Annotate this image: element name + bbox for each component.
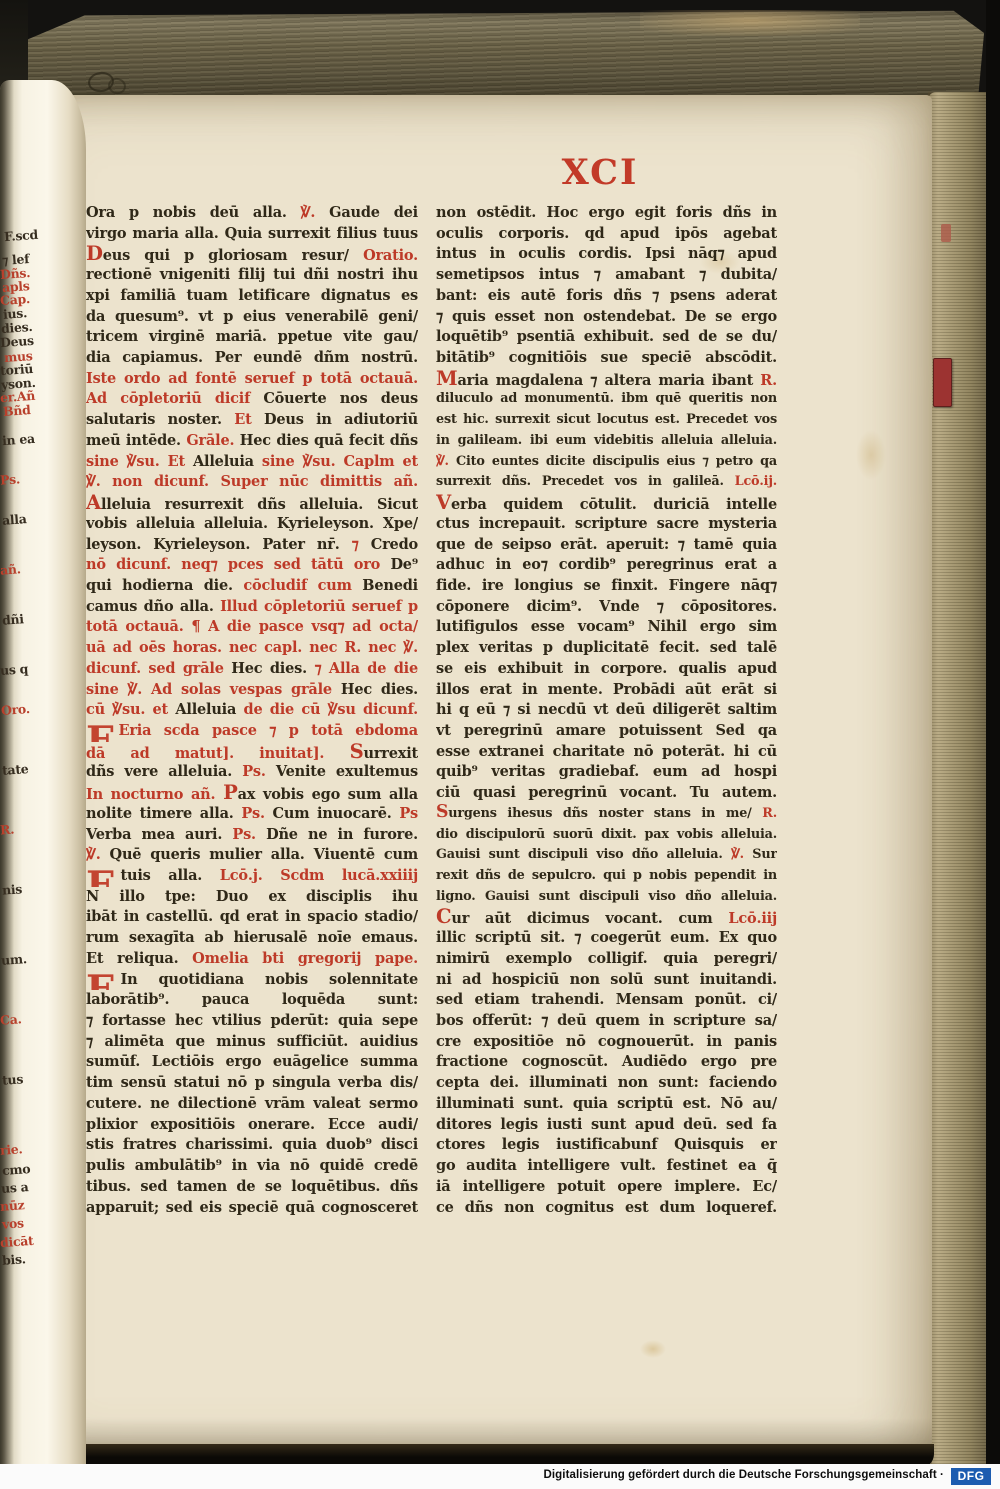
body-text: meū intēde. [86,432,186,449]
body-text: ni ad hospiciū non solū sunt inuitandi. [436,971,777,988]
facing-page-text-fragment: cmo [2,1161,31,1178]
rubric-text: cōcludif cum [243,577,362,594]
rubricated-initial: M [436,369,457,390]
body-text: qui hodierna die. [86,577,243,594]
facing-page-text-fragment: F.scd [4,227,39,244]
fore-edge-tab [933,358,952,407]
text-line: bos offerūt: ⁊ deū quem in scripture sa/ [436,1011,777,1032]
body-text: ce dñs non cognitus est dum loqueref. [436,1199,777,1216]
body-text: ligno. Gauisi sunt discipuli viso dño al… [436,889,777,904]
body-text: rectionē vnigeniti filij tui dñi nostri … [86,266,418,283]
facing-page-text-fragment: Oro. [1,701,31,718]
facing-page-text-fragment: us q [0,661,29,678]
digitisation-credit-text: Digitalisierung gefördert durch die Deut… [543,1469,944,1481]
facing-page-text-fragment: alla [2,511,27,528]
text-line: illic scriptū sit. ⁊ coegerūt eum. Ex qu… [436,928,777,949]
body-text: ⁊ fortasse hec vtilius pderūt: quia sepe [86,1012,418,1029]
text-line: vt peregrinū amare potuissent Sed qa [436,721,777,742]
body-text: Ora p nobis deū alla. [86,204,301,221]
text-line: quib⁹ veritas gradiebaf. eum ad hospi [436,762,777,783]
rubric-text: ⁊ [352,536,371,553]
facing-page-text-fragment: rie. [0,1141,23,1158]
text-line: plixior expositiōis onerare. Ecce audi/ [86,1115,418,1136]
body-text: surrexit dñs. Precedet vos in galileā. [436,474,735,489]
body-text: illic scriptū sit. ⁊ coegerūt eum. Ex qu… [436,929,777,946]
body-text: erba quidem cōtulit. duriciā intelle [451,496,777,513]
body-text: vt peregrinū amare potuissent Sed qa [436,722,777,739]
text-line: adhuc in eo⁊ cordib⁹ peregrinus erat a [436,555,777,576]
rubric-text: Lcō.j. Scdm lucā.xxiiij [220,867,418,884]
text-line: bitātib⁹ cognitiōis sue speciē abscōdit. [436,348,777,369]
rubric-text: sine ℣su. Et [86,453,193,470]
body-text: go audita intelligere vult. festinet ea … [436,1157,777,1174]
text-line: Et reliqua. Omelia bti gregorij pape. [86,949,418,970]
rubric-text: nō dicunf. neq⁊ pces sed tātū oro [86,556,390,573]
text-line: pulis ambulātib⁹ in via nō quidē credē [86,1156,418,1177]
rubric-text: Illud cōpletoriū seruef p [220,598,418,615]
rubric-text: In nocturno añ. [86,786,223,803]
facing-page-text-fragment: bis. [2,1251,27,1268]
body-text: nolite timere alla. [86,805,241,822]
body-text: loquētib⁹ psentiā exhibuit. sed de se du… [436,328,777,345]
text-line: Maria magdalena ⁊ altera maria ibant R. [436,369,777,390]
rubricated-initial: S [436,804,448,822]
body-text: tricem virginē mariā. ppetue vite gau/ [86,328,418,345]
body-text: cutere. ne dilectionē vrām valeat sermo [86,1095,418,1112]
text-line: cre expositiōe nō cognouerūt. in panis [436,1032,777,1053]
text-line: in galileam. ibi eum videbitis alleluia … [436,431,777,452]
body-text: Deus in adiutoriū [264,411,418,428]
text-line: uā ad oēs horas. nec capl. nec R. nec ℣. [86,638,418,659]
text-line: iā intelligere potuit opere implere. Ec/ [436,1177,777,1198]
rubric-text: Grāle. [186,432,239,449]
text-line: ibāt in castellū. qd erat in spacio stad… [86,907,418,928]
drop-cap-initial: F [86,722,114,742]
rubric-text: totā octauā. ¶ A die pasce vsq⁊ ad octa/ [86,618,418,635]
body-text: bos offerūt: ⁊ deū quem in scripture sa/ [436,1012,777,1029]
facing-page-text-fragment: um. [1,951,28,968]
text-line: meū intēde. Grāle. Hec dies quā fecit dñ… [86,431,418,452]
text-line: ctores legis iustificabunf Quisquis er [436,1135,777,1156]
rubric-text: de die cū ℣su dicunf. [244,701,418,718]
text-line: Gauisi sunt discipuli viso dño alleluia.… [436,845,777,866]
rubric-text: R. [760,372,777,389]
body-text: ur aūt dicimus vocant. cum [451,910,728,927]
body-text: semetipsos intus ⁊ amabant ⁊ dubita/ [436,266,777,283]
text-line: que de seipso erāt. aperuit: ⁊ tamē quia [436,535,777,556]
text-line: ciū quasi peregrinū vocant. Tu autem. [436,783,777,804]
text-line: surrexit dñs. Precedet vos in galileā. L… [436,472,777,493]
rubric-text: Ad cōpletoriū dicif [86,390,263,407]
text-line: xpi familiā tuam letificare dignatus es [86,286,418,307]
body-text: illuminati sunt. quia scriptū est. Nō au… [436,1095,777,1112]
facing-page-text-fragment: in ea [2,431,36,448]
text-line: dñs vere alleluia. Ps. Venite exultemus [86,762,418,783]
text-line: plex veritas p duplicitatē fecit. sed ta… [436,638,777,659]
text-line: dicunf. sed grāle Hec dies. ⁊ Alla de di… [86,659,418,680]
rubric-text: Ps. [232,826,266,843]
text-line: dio discipulorū suorū dixit. pax vobis a… [436,825,777,846]
facing-page-text-fragment: dicāt [0,1233,34,1250]
text-line: bant: eis autē foris dñs ⁊ psens aderat [436,286,777,307]
body-text: Quē queris mulier alla. Viuentē cum mor/ [86,846,418,866]
body-text: apparuit; sed eis speciē quā cognosceret [86,1199,418,1216]
text-line: Ora p nobis deū alla. ℣. Gaude dei genit… [86,203,418,224]
facing-page-text-fragment: Bñd [3,402,31,419]
body-text: tuis alla. [121,867,220,884]
body-text: De⁹ [390,556,418,573]
body-text: da quesum⁹. vt p eius venerabilē geni/ [86,308,418,325]
text-line: cū ℣su. et Alleluia de die cū ℣su dicunf… [86,700,418,721]
text-line: laborātib⁹. pauca loquēda sunt: [86,990,418,1011]
body-text: dio discipulorū suorū dixit. pax vobis a… [436,827,777,842]
text-line: virgo maria alla. Quia surrexit filius t… [86,224,418,245]
body-text: Benedi [362,577,418,594]
text-line: leyson. Kyrieleyson. Pater nr̄. ⁊ Credo [86,535,418,556]
rubric-text: Lcō.iij [728,910,777,927]
body-text: Sur [752,847,777,862]
body-text: non ostēdit. Hoc ergo egit foris dñs in [436,204,777,221]
text-line: ce dñs non cognitus est dum loqueref. [436,1198,777,1219]
rubric-text: Omelia bti gregorij pape. [192,950,418,967]
body-text: In quotidiana nobis solennitate [121,971,418,988]
body-text: rum sexagīta ab hierusalē noīe emaus. [86,929,418,946]
facing-page-text-fragment: Ca. [0,1011,22,1027]
text-line: stis fratres charissimi. quia duob⁹ disc… [86,1135,418,1156]
text-line: lutifigulos esse vocam⁹ Nihil ergo sim [436,617,777,638]
body-text: cōponere dicim⁹. Vnde ⁊ cōpositores. [436,598,777,615]
facing-page-text-fragment: tate [2,761,29,778]
body-text: dñs vere alleluia. [86,763,242,780]
text-line: nolite timere alla. Ps. Cum inuocarē. Ps [86,804,418,825]
body-text: urgens ihesus dñs noster stans in me/ [448,806,762,821]
body-text: ibāt in castellū. qd erat in spacio stad… [86,908,418,925]
body-text: in galileam. ibi eum videbitis alleluia … [436,433,777,448]
text-line: hi q eū ⁊ si necdū vt deū diligerēt salt… [436,700,777,721]
text-line: vobis alleluia alleluia. Kyrieleyson. Xp… [86,514,418,535]
text-line: dā ad matut]. inuitat]. Surrexit [86,742,418,763]
body-text: diluculo ad monumentū. ibm quē queritis … [436,391,777,406]
text-line: fractione cognoscūt. Audiēdo ergo pre [436,1052,777,1073]
facing-page-text-fragment: vos [2,1215,25,1231]
body-text: camus dño alla. [86,598,220,615]
body-text: se eis exhibuit in corpore. qualis apud [436,660,777,677]
rubric-text: Iste ordo ad fontē seruef p totā octauā. [86,370,418,387]
body-text: lleluia resurrexit dñs alleluia. Sicut d… [86,496,418,514]
rubric-text: Lcō.ij. [735,474,777,489]
rubricated-initial: V [436,493,451,514]
body-text: esse extranei charitate nō poterāt. hi c… [436,743,777,760]
text-line: go audita intelligere vult. festinet ea … [436,1156,777,1177]
body-text: quib⁹ veritas gradiebaf. eum ad hospi [436,763,777,780]
text-column-left: Ora p nobis deū alla. ℣. Gaude dei genit… [86,203,418,1218]
body-text: oculis corporis. qd apud ipōs agebat [436,225,777,242]
body-text: hi q eū ⁊ si necdū vt deū diligerēt salt… [436,701,777,718]
rubric-text: sine ℣su. Caplm et [262,453,418,470]
body-text: xpi familiā tuam letificare dignatus es [86,287,418,304]
body-text: Cōuerte nos deus [263,390,418,407]
body-text: dia capiamus. Per eundē dñm nostrū. [86,349,418,366]
footer-credit-bar: Digitalisierung gefördert durch die Deut… [0,1464,1000,1489]
rubricated-initial: P [223,783,238,804]
text-line: nō dicunf. neq⁊ pces sed tātū oro De⁹ [86,555,418,576]
text-line: ⁊ fortasse hec vtilius pderūt: quia sepe [86,1011,418,1032]
rubric-text: Eria scda pasce ⁊ p totā ebdoma [119,722,419,739]
text-line: Etuis alla. Lcō.j. Scdm lucā.xxiiij [86,866,418,887]
text-line: oculis corporis. qd apud ipōs agebat [436,224,777,245]
body-text: adhuc in eo⁊ cordib⁹ peregrinus erat a [436,556,777,573]
folio-number: XCI [550,152,650,193]
text-line: cepta dei. illuminati non sunt: faciendo [436,1073,777,1094]
body-text: fractione cognoscūt. Audiēdo ergo pre [436,1053,777,1070]
rubric-text: ℣. [86,846,110,863]
text-line: esse extranei charitate nō poterāt. hi c… [436,742,777,763]
body-text: laborātib⁹. pauca loquēda sunt: [86,991,418,1008]
text-line: totā octauā. ¶ A die pasce vsq⁊ ad octa/ [86,617,418,638]
body-text: cre expositiōe nō cognouerūt. in panis [436,1033,777,1050]
body-text: N illo tpe: Duo ex disciplis ihu [86,888,418,905]
text-line: rectionē vnigeniti filij tui dñi nostri … [86,265,418,286]
text-line: fide. ire longius se finxit. Fingere nāq… [436,576,777,597]
text-line: rum sexagīta ab hierusalē noīe emaus. [86,928,418,949]
body-text: aria magdalena ⁊ altera maria ibant [457,372,760,389]
body-text: iā intelligere potuit opere implere. Ec/ [436,1178,777,1195]
text-line: Iste ordo ad fontē seruef p totā octauā. [86,369,418,390]
rubric-text: uā ad oēs horas. nec capl. nec R. nec ℣. [86,639,418,656]
text-line: nimirū exemplo colligif. quia peregri/ [436,949,777,970]
facing-page-text-fragment: tus [2,1071,24,1087]
rubricated-initial: A [86,493,101,514]
body-text: Credo [371,536,418,553]
facing-page-text-fragment: R. [0,822,15,838]
text-line: ℣. non dicunf. Super nūc dimittis añ. [86,472,418,493]
text-line: ℣. Quē queris mulier alla. Viuentē cum m… [86,845,418,866]
facing-page-text-fragment: nis [2,881,23,897]
text-line: ⁊ quis esset non ostendebat. De se ergo [436,307,777,328]
body-text: fide. ire longius se finxit. Fingere nāq… [436,577,777,594]
body-text: Alleluia [175,701,243,718]
text-line: Alleluia resurrexit dñs alleluia. Sicut … [86,493,418,514]
text-line: tim sensū statui nō p singula verba dis/ [86,1073,418,1094]
scanned-book-page: XCI Ora p nobis deū alla. ℣. Gaude dei g… [0,0,1000,1489]
rubric-text: ℣. [731,847,752,862]
body-text: cepta dei. illuminati non sunt: faciendo [436,1074,777,1091]
rubric-text: cū ℣su. et [86,701,175,718]
body-text: Alleluia [193,453,262,470]
body-text: urrexit [364,745,419,762]
body-text: Verba mea auri. [86,826,232,843]
text-line: Deus qui p gloriosam resur/ Oratio. [86,244,418,265]
facing-page-text-fragment: dñi [2,611,25,627]
body-text: ditores legis iusti sunt apud deū. sed f… [436,1116,777,1133]
fore-edge-red-mark [941,224,951,242]
text-line: FEria scda pasce ⁊ p totā ebdoma [86,721,418,742]
body-text: Gauisi sunt discipuli viso dño alleluia. [436,847,731,862]
text-line: dia capiamus. Per eundē dñm nostrū. [86,348,418,369]
body-text: sed etiam trahendi. Mensam ponūt. ci/ [436,991,777,1008]
body-text: ctores legis iustificabunf Quisquis er [436,1136,777,1153]
rubric-text: Ps [399,805,418,822]
text-line: non ostēdit. Hoc ergo egit foris dñs in [436,203,777,224]
body-text: Cum inuocarē. [273,805,400,822]
text-line: tibus. sed tamen de se loquētibus. dñs [86,1177,418,1198]
text-line: intus in oculis cordis. Ipsi nāq⁊ apud [436,244,777,265]
body-text: eus qui p gloriosam resur/ [103,247,363,264]
text-line: tricem virginē mariā. ppetue vite gau/ [86,327,418,348]
body-text: stis fratres charissimi. quia duob⁹ disc… [86,1136,418,1153]
rubric-text: Et [234,411,264,428]
text-line: apparuit; sed eis speciē quā cognosceret [86,1198,418,1219]
facing-page-text-fragment: añ. [0,561,21,577]
body-text: Hec dies. [341,681,418,698]
rubric-text: ℣. [301,204,329,221]
text-line: loquētib⁹ psentiā exhibuit. sed de se du… [436,327,777,348]
drop-cap-initial: E [86,971,116,991]
text-line: cōponere dicim⁹. Vnde ⁊ cōpositores. [436,597,777,618]
text-line: Cur aūt dicimus vocant. cum Lcō.iij [436,907,777,928]
body-text: Hec dies quā fecit dñs [240,432,418,449]
text-line: ditores legis iusti sunt apud deū. sed f… [436,1115,777,1136]
rubric-text: dicunf. sed grāle [86,660,231,677]
drop-cap-initial: E [86,867,116,887]
text-line: Ad cōpletoriū dicif Cōuerte nos deus [86,389,418,410]
text-line: sine ℣. Ad solas vespas grāle Hec dies. [86,680,418,701]
body-text: Et reliqua. [86,950,192,967]
body-text: intus in oculis cordis. Ipsi nāq⁊ apud [436,245,777,262]
body-text: ⁊ quis esset non ostendebat. De se ergo [436,308,777,325]
rubricated-initial: C [436,907,451,928]
text-line: diluculo ad monumentū. ibm quē queritis … [436,389,777,410]
text-line: illuminati sunt. quia scriptū est. Nō au… [436,1094,777,1115]
body-text: rexit dñs de sepulcro. qui p nobis pepen… [436,868,777,883]
rubric-text: ℣. non dicunf. Super nūc dimittis añ. [86,473,418,490]
body-text: nimirū exemplo colligif. quia peregri/ [436,950,777,967]
text-line: ℣. Cito euntes dicite discipulis eius ⁊ … [436,452,777,473]
text-line: est hic. surrexit sicut locutus est. Pre… [436,410,777,431]
text-line: Verba quidem cōtulit. duriciā intelle [436,493,777,514]
body-text: lutifigulos esse vocam⁹ Nihil ergo sim [436,618,777,635]
body-text: virgo maria alla. Quia surrexit filius t… [86,225,418,245]
body-text: bitātib⁹ cognitiōis sue speciē abscōdit. [436,349,777,366]
body-text: salutaris noster. [86,411,234,428]
body-text: illos erat in mente. Probādi aūt erāt si [436,681,777,698]
rubric-text: R. [762,806,777,821]
body-text: Dñe ne in furore. [266,826,418,843]
text-column-right: non ostēdit. Hoc ergo egit foris dñs ino… [436,203,777,1218]
text-line: qui hodierna die. cōcludif cum Benedi [86,576,418,597]
text-line: salutaris noster. Et Deus in adiutoriū [86,410,418,431]
text-line: cutere. ne dilectionē vrām valeat sermo [86,1094,418,1115]
text-line: Surgens ihesus dñs noster stans in me/ R… [436,804,777,825]
body-text: ciū quasi peregrinū vocant. Tu autem. [436,784,777,801]
dfg-logo: DFG [951,1468,991,1485]
text-line: Verba mea auri. Ps. Dñe ne in furore. [86,825,418,846]
body-text: ctus increpauit. scripture sacre mysteri… [436,515,777,532]
rubric-text: ℣. [436,454,456,469]
body-text: leyson. Kyrieleyson. Pater nr̄. [86,536,352,553]
body-text: Hec dies. [231,660,314,677]
body-text: est hic. surrexit sicut locutus est. Pre… [436,412,777,427]
text-line: illos erat in mente. Probādi aūt erāt si [436,680,777,701]
text-line: se eis exhibuit in corpore. qualis apud [436,659,777,680]
text-line: ⁊ alimēta que minus sufficiūt. auidius [86,1032,418,1053]
rubric-text: ⁊ Alla de die [314,660,418,677]
text-line: camus dño alla. Illud cōpletoriū seruef … [86,597,418,618]
body-text: Venite exultemus [276,763,418,780]
body-text: ax vobis ego sum alla [238,786,418,803]
body-text: tibus. sed tamen de se loquētibus. dñs [86,1178,418,1195]
text-line: ni ad hospiciū non solū sunt inuitandi. [436,970,777,991]
text-line: sumūf. Lectiōis ergo euāgelice summa [86,1052,418,1073]
text-line: N illo tpe: Duo ex disciplis ihu [86,887,418,908]
rubric-text: dā ad matut]. inuitat]. [86,745,350,762]
body-text: Cito euntes dicite discipulis eius ⁊ pet… [456,454,777,469]
body-text: sumūf. Lectiōis ergo euāgelice summa [86,1053,418,1070]
facing-page-text-fragment: us a [1,1179,29,1196]
text-line: In nocturno añ. Pax vobis ego sum alla [86,783,418,804]
text-line: semetipsos intus ⁊ amabant ⁊ dubita/ [436,265,777,286]
body-text: vobis alleluia alleluia. Kyrieleyson. Xp… [86,515,418,532]
text-line: rexit dñs de sepulcro. qui p nobis pepen… [436,866,777,887]
text-line: sine ℣su. Et Alleluia sine ℣su. Caplm et [86,452,418,473]
body-text: que de seipso erāt. aperuit: ⁊ tamē quia [436,536,777,553]
body-text: pulis ambulātib⁹ in via nō quidē credē [86,1157,418,1174]
rubricated-initial: D [86,244,103,265]
body-text: ⁊ alimēta que minus sufficiūt. auidius [86,1033,418,1050]
body-text: plex veritas p duplicitatē fecit. sed ta… [436,639,777,656]
facing-page-text-fragment: nūz [0,1197,25,1214]
rubricated-initial: S [350,742,364,763]
body-text: bant: eis autē foris dñs ⁊ psens aderat [436,287,777,304]
text-line: ctus increpauit. scripture sacre mysteri… [436,514,777,535]
rubric-text: Oratio. [363,247,418,264]
body-text: plixior expositiōis onerare. Ecce audi/ [86,1116,418,1133]
background-right [986,0,1000,1464]
rubric-text: sine ℣. Ad solas vespas grāle [86,681,341,698]
text-line: da quesum⁹. vt p eius venerabilē geni/ [86,307,418,328]
text-line: EIn quotidiana nobis solennitate [86,970,418,991]
left-page-curl: F.scd⁊ lefDñs.aplsCap.ius.dies.Deusmusto… [0,80,86,1464]
facing-page-text-fragment: Ps. [0,471,20,487]
body-text: tim sensū statui nō p singula verba dis/ [86,1074,418,1091]
text-line: sed etiam trahendi. Mensam ponūt. ci/ [436,990,777,1011]
rubric-text: Ps. [241,805,272,822]
rubric-text: Ps. [242,763,276,780]
text-line: ligno. Gauisi sunt discipuli viso dño al… [436,887,777,908]
book-top-edge-highlight [640,10,860,36]
